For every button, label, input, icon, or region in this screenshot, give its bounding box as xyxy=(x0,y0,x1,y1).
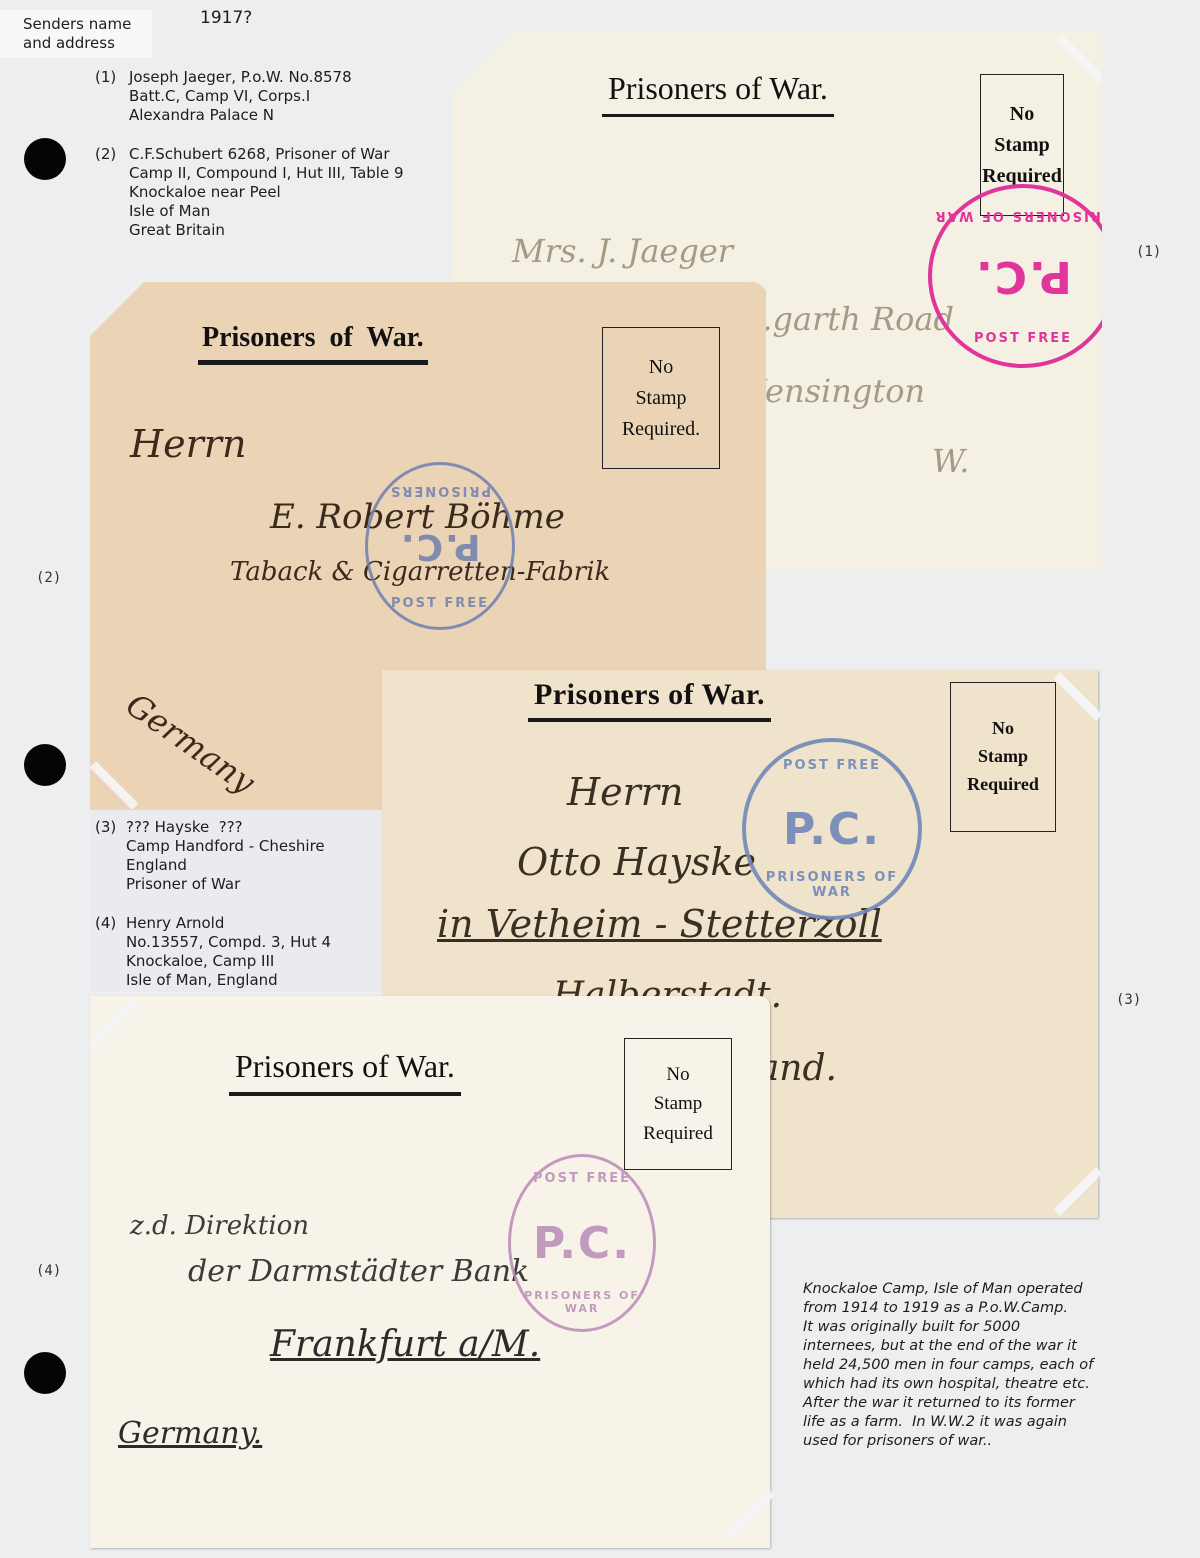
punch-hole xyxy=(24,1352,66,1394)
punch-hole xyxy=(24,138,66,180)
sender-num: (4) xyxy=(95,914,129,990)
description-line: Knockaloe Camp, Isle of Man operated xyxy=(803,1280,1163,1299)
sender-line: Camp II, Compound I, Hut III, Table 9 xyxy=(129,164,404,183)
envelope-title: Prisoners of War. xyxy=(202,322,424,354)
address-line: Germany. xyxy=(118,1416,262,1451)
camp-description: Knockaloe Camp, Isle of Man operated fro… xyxy=(803,1280,1163,1451)
envelope-title: Prisoners of War. xyxy=(608,70,828,107)
punch-hole xyxy=(24,744,66,786)
postmark-cancel: POST FREE P.C. PRISONERS OF WAR xyxy=(508,1154,656,1332)
address-line: Otto Hayske xyxy=(517,840,756,884)
address-line: Kensington xyxy=(742,372,925,410)
sender-num: (1) xyxy=(95,68,129,125)
sender-line: Henry Arnold xyxy=(126,914,331,933)
sender-1: (1) Joseph Jaeger, P.o.W. No.8578 Batt.C… xyxy=(95,68,352,125)
no-stamp-box: No Stamp Required. xyxy=(602,327,720,469)
description-line: held 24,500 men in four camps, each of xyxy=(803,1356,1163,1375)
description-line: used for prisoners of war.. xyxy=(803,1432,1163,1451)
sender-line: Knockaloe near Peel xyxy=(129,183,404,202)
sender-2: (2) C.F.Schubert 6268, Prisoner of War C… xyxy=(95,145,404,240)
senders-label-line: Senders name xyxy=(23,15,152,34)
sender-num: (2) xyxy=(95,145,129,240)
sender-line: England xyxy=(126,856,325,875)
envelope-title: Prisoners of War. xyxy=(235,1048,455,1085)
senders-label-line: and address xyxy=(23,34,152,53)
photo-corner xyxy=(90,761,139,810)
sender-num: (3) xyxy=(95,818,129,894)
postmark-cancel: PRISONERS OF WAR P.C. POST FREE xyxy=(928,184,1118,368)
sender-3: (3) ??? Hayske ??? Camp Handford - Chesh… xyxy=(95,818,325,894)
address-line: Herrn xyxy=(567,770,683,814)
photo-corner xyxy=(1054,1167,1103,1216)
sender-4: (4) Henry Arnold No.13557, Compd. 3, Hut… xyxy=(95,914,331,990)
sender-line: Camp Handford - Cheshire xyxy=(126,837,325,856)
postmark-cancel: PRISONERS P.C. POST FREE xyxy=(365,462,515,630)
ref-label: (1) xyxy=(1136,244,1161,260)
sender-line: Batt.C, Camp VI, Corps.I xyxy=(129,87,352,106)
sender-line: No.13557, Compd. 3, Hut 4 xyxy=(126,933,331,952)
description-line: After the war it returned to its former xyxy=(803,1394,1163,1413)
description-line: It was originally built for 5000 xyxy=(803,1318,1163,1337)
sender-line: Joseph Jaeger, P.o.W. No.8578 xyxy=(129,68,352,87)
envelope-4: Prisoners of War. No Stamp Required z.d.… xyxy=(90,996,770,1548)
sender-line: Isle of Man xyxy=(129,202,404,221)
description-line: from 1914 to 1919 as a P.o.W.Camp. xyxy=(803,1299,1163,1318)
address-line: der Darmstädter Bank xyxy=(188,1254,529,1289)
no-stamp-box: No Stamp Required xyxy=(950,682,1056,832)
photo-corner xyxy=(458,34,507,83)
address-line: Mrs. J. Jaeger xyxy=(512,232,733,270)
address-line: ...garth Road xyxy=(742,300,954,338)
sender-line: Knockaloe, Camp III xyxy=(126,952,331,971)
photo-corner xyxy=(1054,672,1103,721)
year-label: 1917? xyxy=(200,8,252,28)
sender-line: C.F.Schubert 6268, Prisoner of War xyxy=(129,145,404,164)
address-line: z.d. Direktion xyxy=(130,1211,309,1241)
sender-line: Isle of Man, England xyxy=(126,971,331,990)
envelope-title: Prisoners of War. xyxy=(534,678,765,712)
no-stamp-box: No Stamp Required xyxy=(624,1038,732,1170)
ref-label: (2) xyxy=(36,570,61,586)
sender-line: Alexandra Palace N xyxy=(129,106,352,125)
photo-corner xyxy=(726,1489,775,1538)
sender-line: ??? Hayske ??? xyxy=(126,818,325,837)
address-line: Herrn xyxy=(130,422,246,466)
sender-line: Great Britain xyxy=(129,221,404,240)
sender-line: Prisoner of War xyxy=(126,875,325,894)
photo-corner xyxy=(90,998,139,1047)
description-line: life as a farm. In W.W.2 it was again xyxy=(803,1413,1163,1432)
ref-label: (4) xyxy=(36,1263,61,1279)
description-line: internees, but at the end of the war it xyxy=(803,1337,1163,1356)
address-line: Frankfurt a/M. xyxy=(270,1324,540,1365)
description-line: which had its own hospital, theatre etc. xyxy=(803,1375,1163,1394)
address-line: W. xyxy=(932,442,969,480)
address-line: Germany xyxy=(119,685,262,801)
ref-label: (3) xyxy=(1116,992,1141,1008)
photo-corner xyxy=(90,280,139,329)
senders-label: Senders name and address xyxy=(0,10,152,58)
postmark-cancel: POST FREE P.C. PRISONERS OF WAR xyxy=(742,738,922,920)
